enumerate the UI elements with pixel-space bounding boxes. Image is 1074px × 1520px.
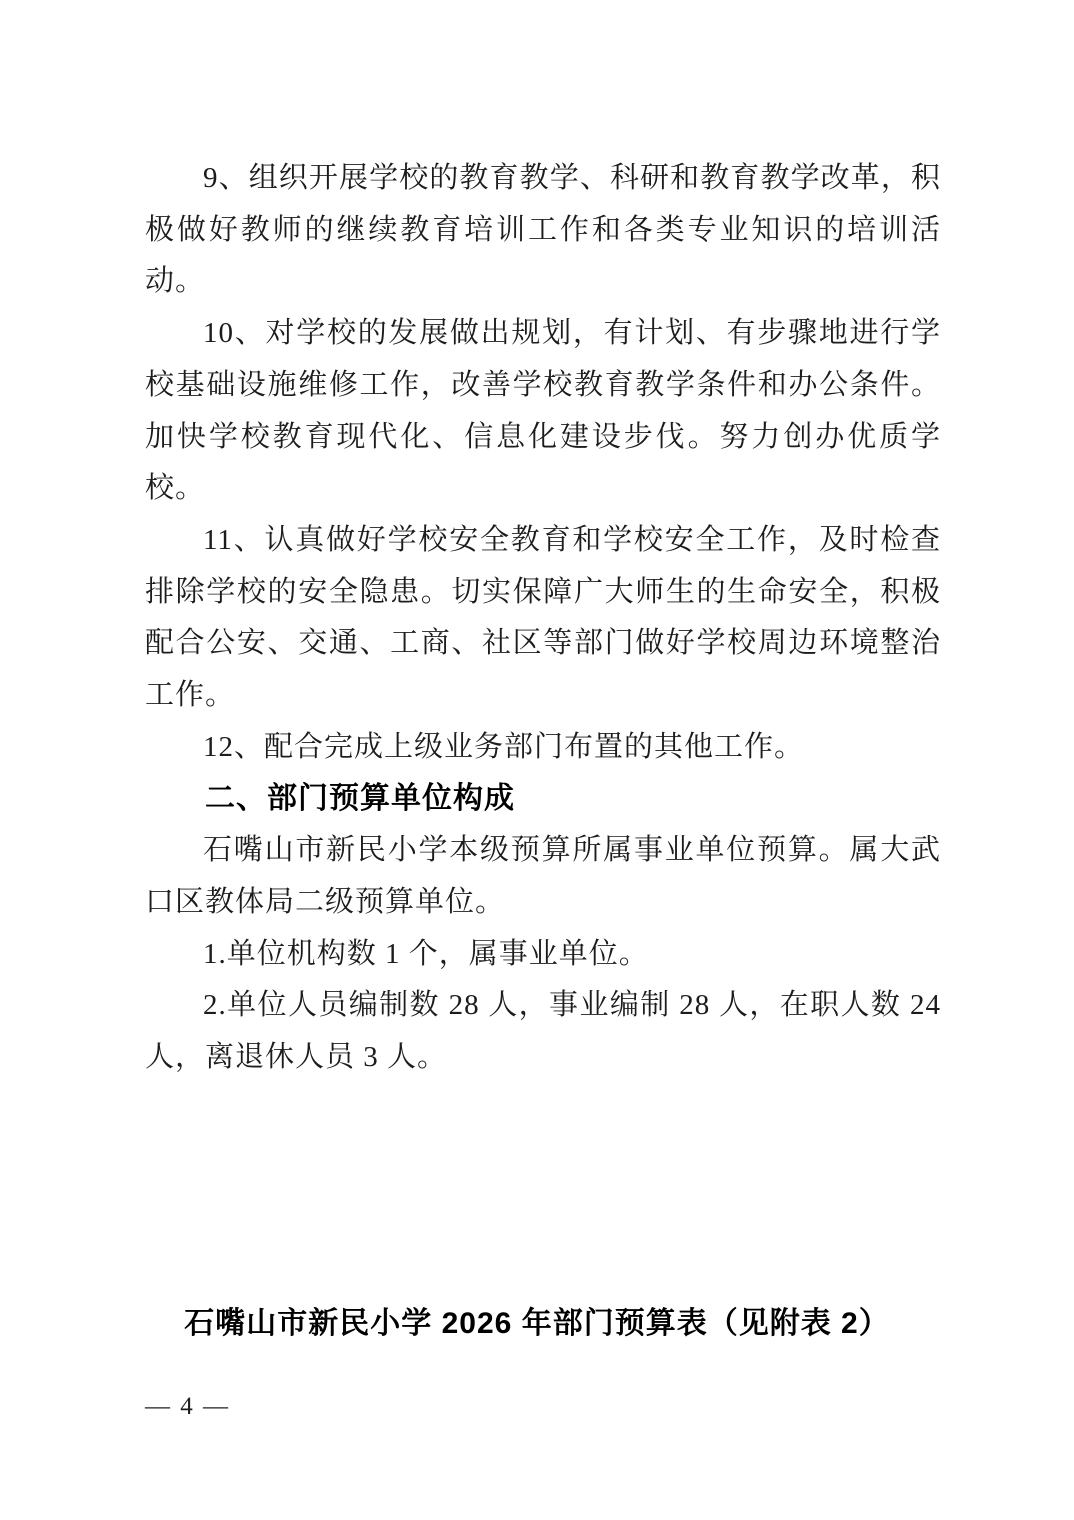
body-paragraph-11: 11、认真做好学校安全教育和学校安全工作，及时检查排除学校的安全隐患。切实保障广… (145, 515, 941, 722)
body-paragraph-10: 10、对学校的发展做出规划，有计划、有步骤地进行学校基础设施维修工作，改善学校教… (145, 308, 941, 515)
section-paragraph-overview: 石嘴山市新民小学本级预算所属事业单位预算。属大武口区教体局二级预算单位。 (145, 825, 941, 928)
section-heading-budget-unit-composition: 二、部门预算单位构成 (145, 773, 941, 825)
document-page: 9、组织开展学校的教育教学、科研和教育教学改革，积极做好教师的继续教育培训工作和… (0, 0, 1074, 1520)
page-number: — 4 — (145, 1393, 230, 1421)
body-paragraph-9: 9、组织开展学校的教育教学、科研和教育教学改革，积极做好教师的继续教育培训工作和… (145, 153, 941, 308)
body-paragraph-12: 12、配合完成上级业务部门布置的其他工作。 (145, 722, 941, 774)
footer-table-title: 石嘴山市新民小学 2026 年部门预算表（见附表 2） (0, 1298, 1074, 1342)
section-paragraph-staffing: 2.单位人员编制数 28 人，事业编制 28 人，在职人数 24 人，离退休人员… (145, 980, 941, 1083)
section-paragraph-org-count: 1.单位机构数 1 个，属事业单位。 (145, 929, 941, 981)
page-body: 9、组织开展学校的教育教学、科研和教育教学改革，积极做好教师的继续教育培训工作和… (145, 153, 941, 1084)
